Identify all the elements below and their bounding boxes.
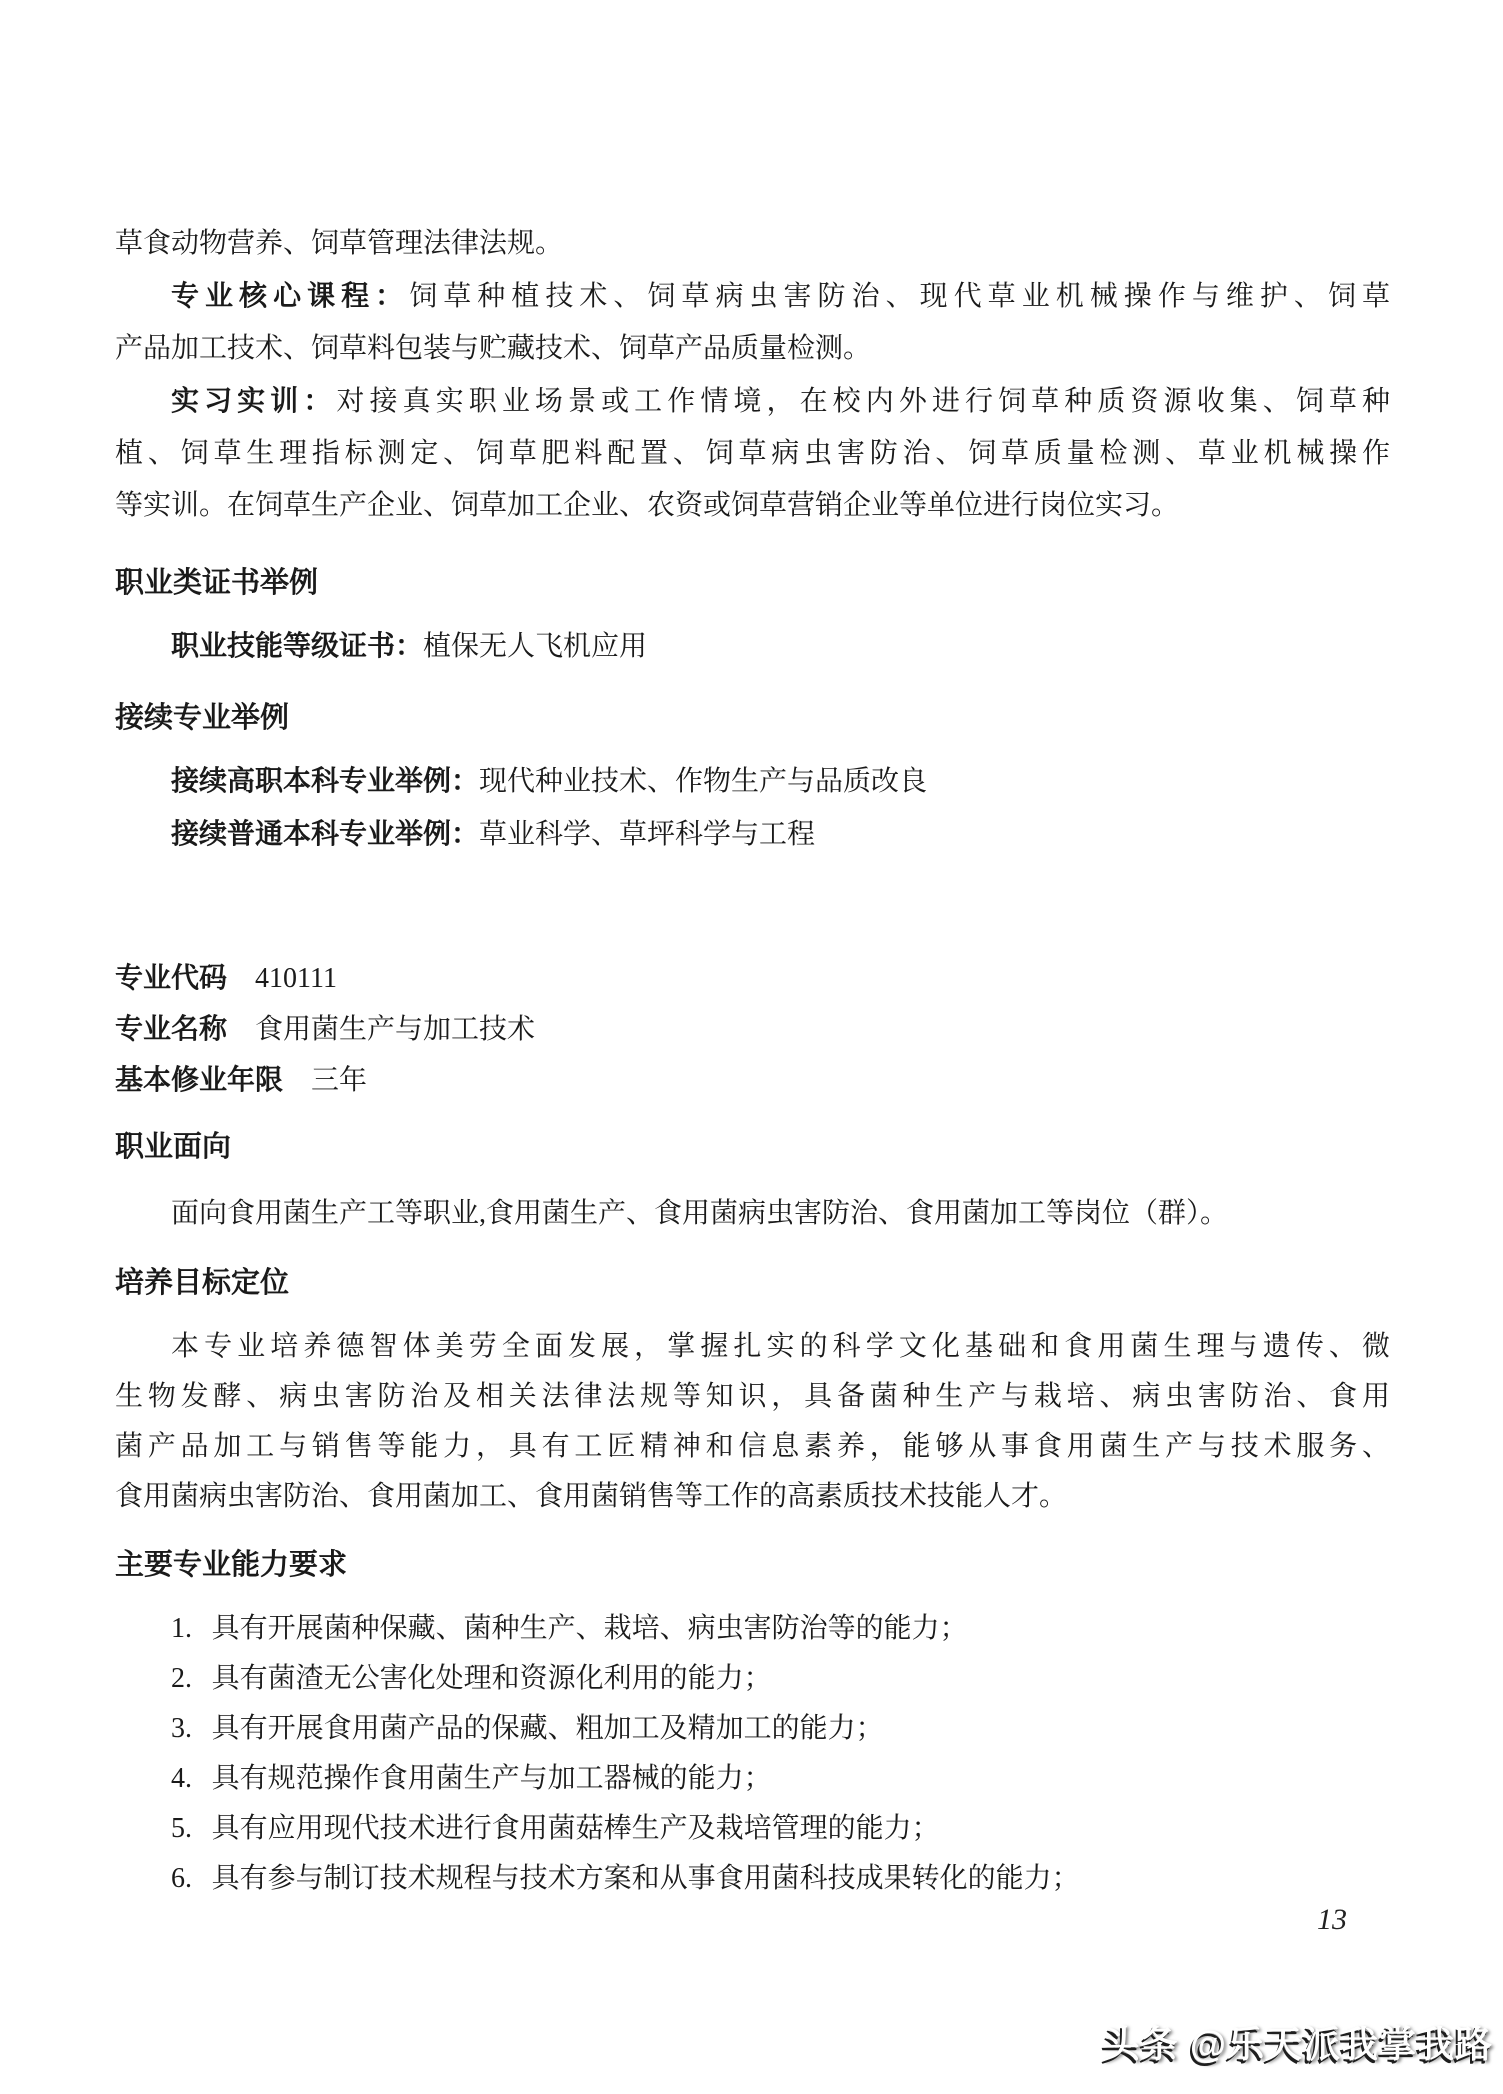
- objective-paragraph: 本专业培养德智体美劳全面发展，掌握扎实的科学文化基础和食用菌生理与遗传、微 生物…: [115, 1322, 1390, 1522]
- core-courses-label: 专业核心课程：: [171, 280, 409, 311]
- major-name-label: 专业名称: [115, 1013, 227, 1044]
- major-name-line: 专业名称食用菌生产与加工技术: [115, 1004, 1390, 1055]
- continuation-regular-value: 草业科学、草坪科学与工程: [479, 819, 815, 850]
- ability-item-1-text: 具有开展菌种保藏、菌种生产、栽培、病虫害防治等的能力；: [212, 1613, 968, 1644]
- career-paragraph: 面向食用菌生产工等职业,食用菌生产、食用菌病虫害防治、食用菌加工等岗位（群）。: [115, 1188, 1390, 1240]
- core-courses-line-2: 产品加工技术、饲草料包装与贮藏技术、饲草产品质量检测。: [115, 323, 1390, 375]
- ability-item-4: 4.具有规范操作食用菌生产与加工器械的能力；: [115, 1754, 1390, 1804]
- practice-line-3: 等实训。在饲草生产企业、饲草加工企业、农资或饲草营销企业等单位进行岗位实习。: [115, 480, 1390, 532]
- practice-text-1: 对接真实职业场景或工作情境，在校内外进行饲草种质资源收集、饲草种: [336, 386, 1390, 417]
- objective-line-2: 生物发酵、病虫害防治及相关法律法规等知识，具备菌种生产与栽培、病虫害防治、食用: [115, 1372, 1390, 1422]
- certificates-section-heading: 职业类证书举例: [115, 562, 1390, 604]
- certificates-value: 植保无人飞机应用: [423, 631, 647, 662]
- ability-item-6-text: 具有参与制订技术规程与技术方案和从事食用菌科技成果转化的能力；: [212, 1863, 1080, 1894]
- objective-line-4: 食用菌病虫害防治、食用菌加工、食用菌销售等工作的高素质技术技能人才。: [115, 1472, 1390, 1522]
- practice-line-1: 实习实训：对接真实职业场景或工作情境，在校内外进行饲草种质资源收集、饲草种: [115, 375, 1390, 428]
- major-duration-line: 基本修业年限三年: [115, 1055, 1390, 1106]
- intro-paragraph-line: 草食动物营养、饲草管理法律法规。: [115, 218, 1390, 270]
- continuation-regular-label: 接续普通本科专业举例：: [171, 818, 479, 849]
- watermark: 头条 @乐天派我掌我路: [1103, 2014, 1493, 2068]
- major-name-value: 食用菌生产与加工技术: [255, 1014, 535, 1045]
- core-courses-text-1: 饲草种植技术、饲草病虫害防治、现代草业机械操作与维护、饲草: [409, 281, 1390, 312]
- document-page: 草食动物营养、饲草管理法律法规。 专业核心课程：饲草种植技术、饲草病虫害防治、现…: [0, 0, 1503, 2094]
- ability-item-5-number: 5.: [171, 1813, 192, 1844]
- ability-item-4-text: 具有规范操作食用菌生产与加工器械的能力；: [212, 1763, 772, 1794]
- ability-item-6-number: 6.: [171, 1863, 192, 1894]
- ability-item-2-text: 具有菌渣无公害化处理和资源化利用的能力；: [212, 1663, 772, 1694]
- page-number: 13: [1317, 1903, 1347, 1937]
- practice-line-2: 植、饲草生理指标测定、饲草肥料配置、饲草病虫害防治、饲草质量检测、草业机械操作: [115, 428, 1390, 480]
- certificates-label: 职业技能等级证书：: [171, 630, 423, 661]
- major-code-value: 410111: [255, 963, 337, 994]
- ability-item-5: 5.具有应用现代技术进行食用菌菇棒生产及栽培管理的能力；: [115, 1804, 1390, 1854]
- continuation-section-heading: 接续专业举例: [115, 697, 1390, 739]
- ability-item-2-number: 2.: [171, 1663, 192, 1694]
- objective-section-heading: 培养目标定位: [115, 1262, 1390, 1304]
- abilities-list: 1.具有开展菌种保藏、菌种生产、栽培、病虫害防治等的能力； 2.具有菌渣无公害化…: [115, 1604, 1390, 1904]
- continuation-vocational-label: 接续高职本科专业举例：: [171, 765, 479, 796]
- continuation-vocational-value: 现代种业技术、作物生产与品质改良: [479, 766, 927, 797]
- major-code-line: 专业代码410111: [115, 953, 1390, 1004]
- continuation-vocational-line: 接续高职本科专业举例：现代种业技术、作物生产与品质改良: [115, 755, 1390, 808]
- major-duration-label: 基本修业年限: [115, 1064, 283, 1095]
- ability-item-6: 6.具有参与制订技术规程与技术方案和从事食用菌科技成果转化的能力；: [115, 1854, 1390, 1904]
- ability-item-1: 1.具有开展菌种保藏、菌种生产、栽培、病虫害防治等的能力；: [115, 1604, 1390, 1654]
- ability-item-3-text: 具有开展食用菌产品的保藏、粗加工及精加工的能力；: [212, 1713, 884, 1744]
- core-courses-line-1: 专业核心课程：饲草种植技术、饲草病虫害防治、现代草业机械操作与维护、饲草: [115, 270, 1390, 323]
- ability-item-4-number: 4.: [171, 1763, 192, 1794]
- ability-item-5-text: 具有应用现代技术进行食用菌菇棒生产及栽培管理的能力；: [212, 1813, 940, 1844]
- ability-item-1-number: 1.: [171, 1613, 192, 1644]
- ability-item-3: 3.具有开展食用菌产品的保藏、粗加工及精加工的能力；: [115, 1704, 1390, 1754]
- ability-item-3-number: 3.: [171, 1713, 192, 1744]
- practice-label: 实习实训：: [171, 385, 336, 416]
- major-fields: 专业代码410111 专业名称食用菌生产与加工技术 基本修业年限三年: [115, 953, 1390, 1106]
- ability-item-2: 2.具有菌渣无公害化处理和资源化利用的能力；: [115, 1654, 1390, 1704]
- objective-line-1: 本专业培养德智体美劳全面发展，掌握扎实的科学文化基础和食用菌生理与遗传、微: [115, 1322, 1390, 1372]
- continuation-regular-line: 接续普通本科专业举例：草业科学、草坪科学与工程: [115, 808, 1390, 861]
- certificates-line: 职业技能等级证书：植保无人飞机应用: [115, 620, 1390, 673]
- objective-line-3: 菌产品加工与销售等能力，具有工匠精神和信息素养，能够从事食用菌生产与技术服务、: [115, 1422, 1390, 1472]
- major-duration-value: 三年: [311, 1065, 367, 1096]
- career-section-heading: 职业面向: [115, 1126, 1390, 1168]
- abilities-section-heading: 主要专业能力要求: [115, 1544, 1390, 1586]
- major-code-label: 专业代码: [115, 962, 227, 993]
